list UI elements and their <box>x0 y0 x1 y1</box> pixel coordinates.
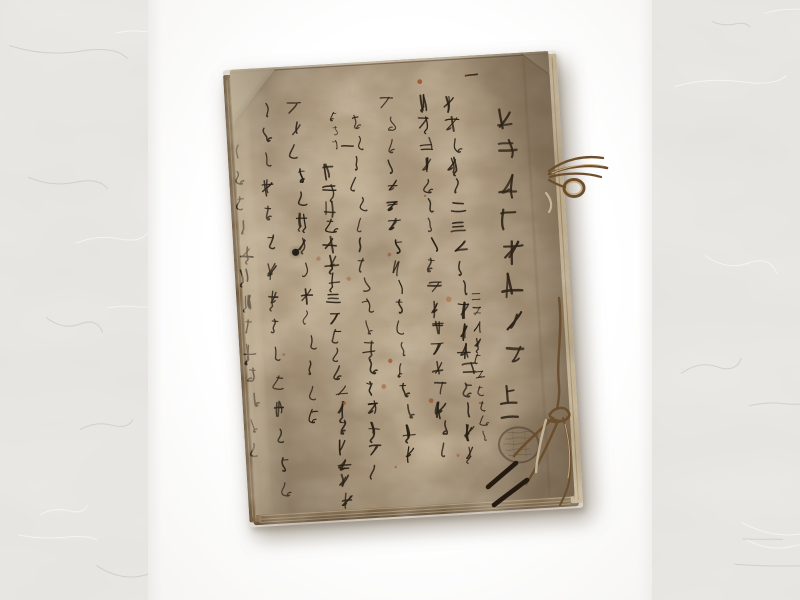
manuscript-book: 東方朔秘傳置文巻 <box>223 50 584 527</box>
photo-stage: 東方朔秘傳置文巻 <box>0 0 800 600</box>
